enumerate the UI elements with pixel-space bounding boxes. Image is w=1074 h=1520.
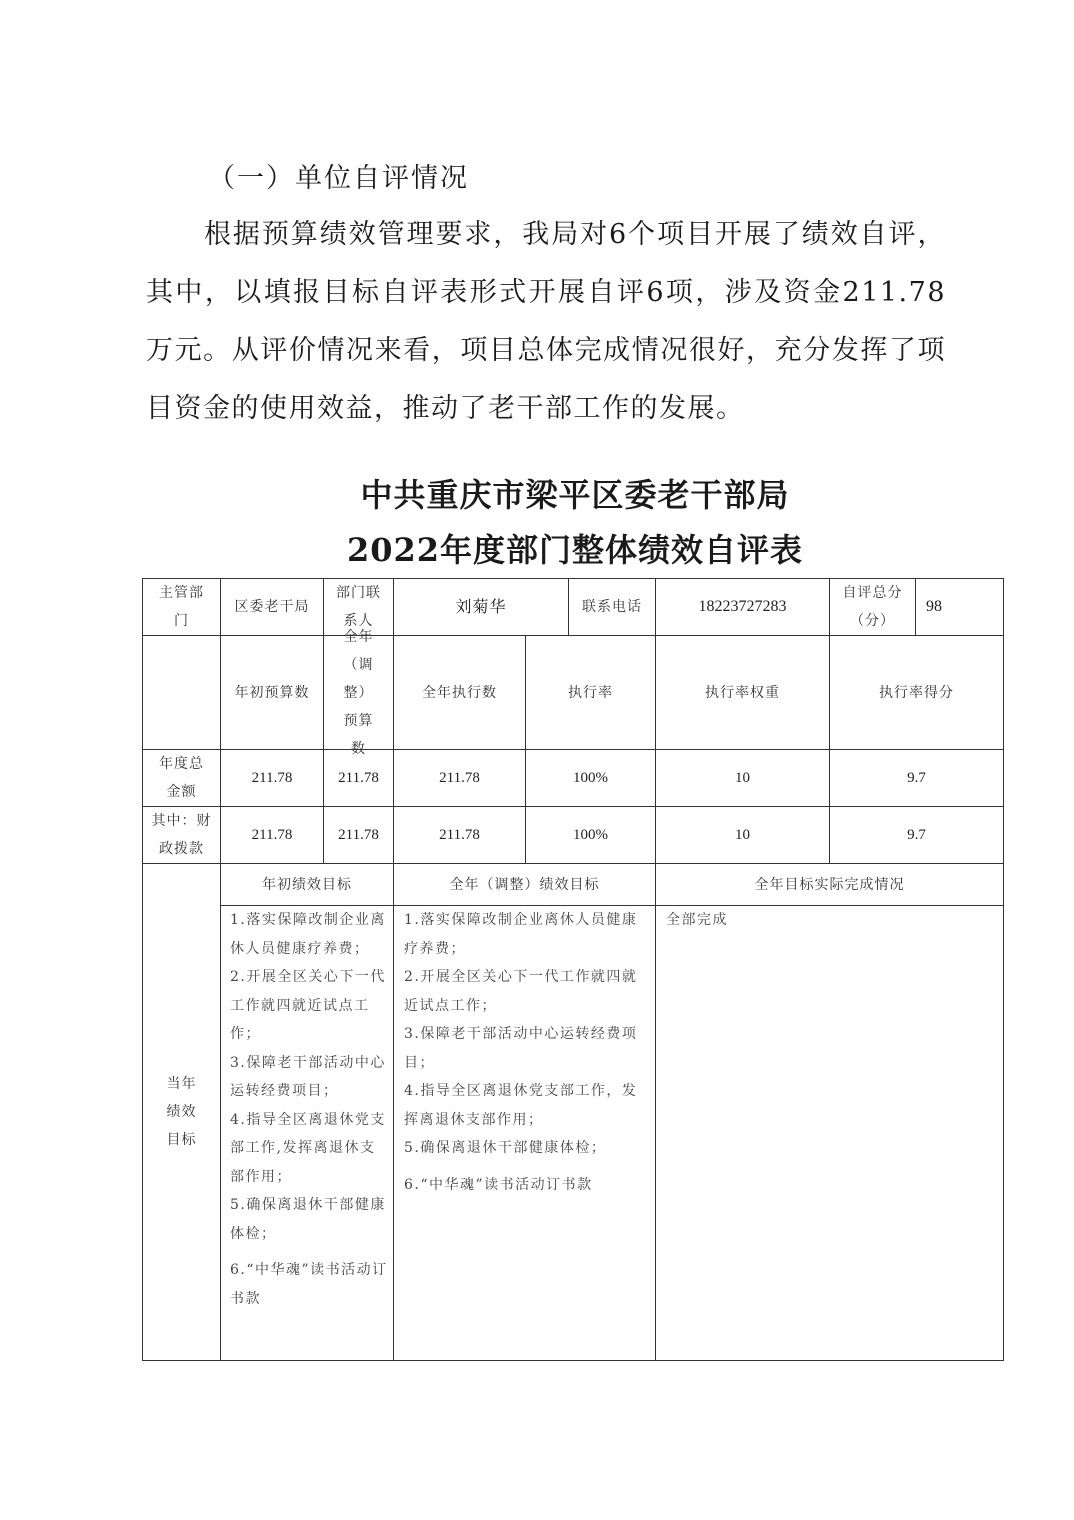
total-adjusted: 211.78 <box>324 750 393 806</box>
initial-goal-item: 1.落实保障改制企业离休人员健康疗养费； <box>230 906 388 963</box>
header-score: 执行率得分 <box>830 636 1003 749</box>
initial-goals-list: 1.落实保障改制企业离休人员健康疗养费； 2.开展全区关心下一代工作就四就近试点… <box>230 906 388 1313</box>
row-label-fiscal: 其中：财政拨款 <box>143 807 220 863</box>
adjusted-goal-item: 4.指导全区离退休党支部工作，发挥离退休支部作用； <box>404 1077 650 1134</box>
total-executed: 211.78 <box>394 750 525 806</box>
initial-goal-item: 5.确保离退休干部健康体检； <box>230 1191 388 1248</box>
adjusted-goal-item: 1.落实保障改制企业离休人员健康疗养费； <box>404 906 650 963</box>
initial-goal-item: 6.“中华魂”读书活动订书款 <box>230 1256 388 1313</box>
row-label-total: 年度总金额 <box>143 750 220 806</box>
contact-value: 刘菊华 <box>394 579 568 635</box>
fiscal-executed: 211.78 <box>394 807 525 863</box>
initial-goal-item: 3.保障老干部活动中心运转经费项目； <box>230 1049 388 1106</box>
grid-line <box>1003 578 1004 1361</box>
header-initial-budget: 年初预算数 <box>221 636 323 749</box>
header-actual: 全年目标实际完成情况 <box>656 864 1003 905</box>
header-rate: 执行率 <box>526 636 655 749</box>
section-heading: （一）单位自评情况 <box>208 156 469 195</box>
fiscal-score: 9.7 <box>830 807 1003 863</box>
goals-label: 当年绩效目标 <box>143 864 220 1360</box>
score-value: 98 <box>916 579 1003 635</box>
dept-value: 区委老干局 <box>221 579 323 635</box>
table-title-org: 中共重庆市梁平区委老干部局 <box>0 470 1074 516</box>
phone-label: 联系电话 <box>569 579 655 635</box>
section-paragraph: 根据预算绩效管理要求，我局对6个项目开展了绩效自评，其中，以填报目标自评表形式开… <box>146 206 946 438</box>
dept-label: 主管部门 <box>143 579 220 635</box>
table-title-name: 2022年度部门整体绩效自评表 <box>0 525 1074 571</box>
initial-goal-item: 4.指导全区离退休党支部工作,发挥离退休支部作用； <box>230 1106 388 1192</box>
initial-goal-item: 2.开展全区关心下一代工作就四就近试点工作； <box>230 963 388 1049</box>
adjusted-goal-item: 5.确保离退休干部健康体检； <box>404 1134 650 1163</box>
total-weight: 10 <box>656 750 829 806</box>
total-initial: 211.78 <box>221 750 323 806</box>
header-adjusted-goals: 全年（调整）绩效目标 <box>394 864 655 905</box>
total-rate: 100% <box>526 750 655 806</box>
fiscal-adjusted: 211.78 <box>324 807 393 863</box>
score-label: 自评总分（分） <box>830 579 915 635</box>
fiscal-weight: 10 <box>656 807 829 863</box>
header-weight: 执行率权重 <box>656 636 829 749</box>
header-adjusted-budget: 全年（调整）预算数 <box>324 636 393 749</box>
phone-value: 18223727283 <box>656 579 829 635</box>
header-initial-goals: 年初绩效目标 <box>221 864 393 905</box>
grid-line <box>142 1360 1004 1361</box>
adjusted-goals-list: 1.落实保障改制企业离休人员健康疗养费； 2.开展全区关心下一代工作就四就近试点… <box>404 906 650 1199</box>
total-score: 9.7 <box>830 750 1003 806</box>
actual-completion: 全部完成 <box>666 906 996 935</box>
fiscal-initial: 211.78 <box>221 807 323 863</box>
adjusted-goal-item: 3.保障老干部活动中心运转经费项目； <box>404 1020 650 1077</box>
adjusted-goal-item: 6.“中华魂”读书活动订书款 <box>404 1171 650 1200</box>
fiscal-rate: 100% <box>526 807 655 863</box>
adjusted-goal-item: 2.开展全区关心下一代工作就四就近试点工作； <box>404 963 650 1020</box>
header-executed: 全年执行数 <box>394 636 525 749</box>
